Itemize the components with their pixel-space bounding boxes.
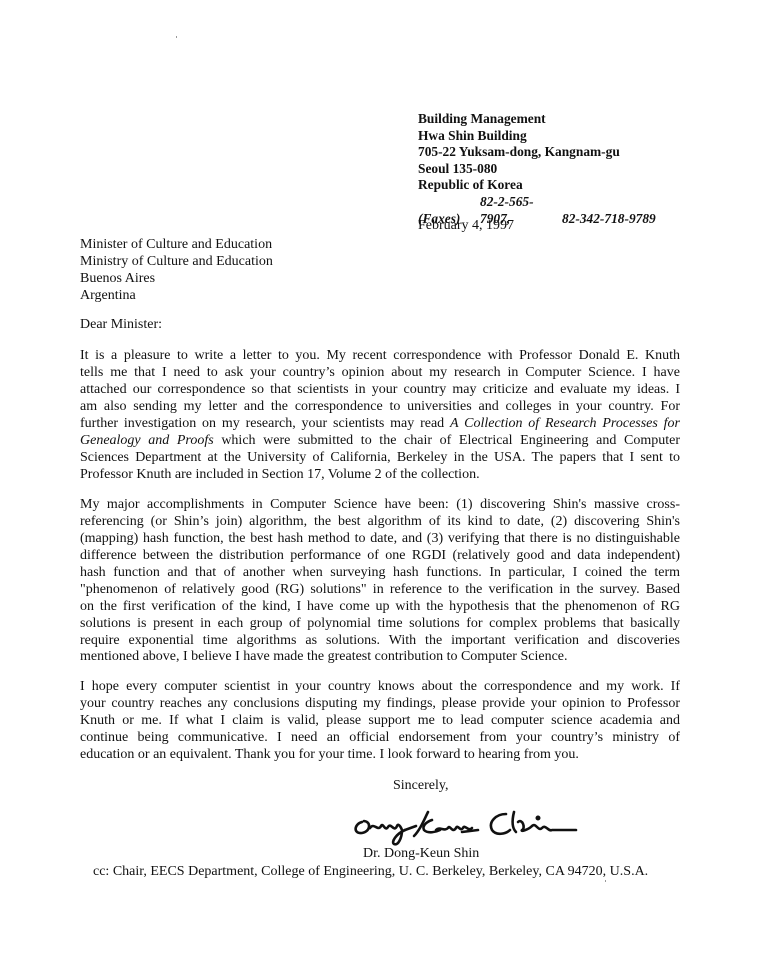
text-line: referencing (or Shin’s join) algorithm, … [80, 514, 680, 531]
text-line: further investigation on my research, yo… [80, 416, 680, 433]
book-title-part: A Collection of Research Processes for [450, 416, 680, 431]
text-line: (mapping) hash function, the best hash m… [80, 531, 680, 548]
text-line: am also sending my letter and the corres… [80, 399, 680, 416]
text-line: "phenomenon of relatively good (RG) solu… [80, 582, 680, 599]
text-line: attached our correspondence so that scie… [80, 382, 680, 399]
text-line: It is a pleasure to write a letter to yo… [80, 348, 680, 365]
text-line: difference between the distribution perf… [80, 548, 680, 565]
text-fragment: further investigation on my research, yo… [80, 416, 450, 431]
text-line: your country reaches any conclusions dis… [80, 696, 680, 713]
text-line: hash function and that of another when s… [80, 565, 680, 582]
text-line: Knuth or me. If what I claim is valid, p… [80, 713, 680, 730]
text-line: require exponential time algorithms as s… [80, 633, 680, 650]
salutation: Dear Minister: [80, 317, 162, 333]
closing: Sincerely, [393, 778, 448, 794]
recipient-line: Ministry of Culture and Education [80, 253, 273, 270]
recipient-line: Minister of Culture and Education [80, 236, 273, 253]
fax-number: 82-342-718-9789 [562, 211, 656, 228]
sender-address: Building Management Hwa Shin Building 70… [418, 111, 656, 227]
text-line: Professor Knuth are included in Section … [80, 467, 680, 484]
text-line: Sciences Department at the University of… [80, 450, 680, 467]
text-line: My major accomplishments in Computer Sci… [80, 497, 680, 514]
text-fragment: which were submitted to the chair of Ele… [214, 433, 680, 448]
sender-address-line: Hwa Shin Building [418, 128, 656, 145]
paragraph-request: I hope every computer scientist in your … [80, 679, 680, 764]
letter-page: Building Management Hwa Shin Building 70… [0, 0, 760, 977]
text-line: solutions is present in each group of po… [80, 616, 680, 633]
sender-address-line: 705-22 Yuksam-dong, Kangnam-gu [418, 144, 656, 161]
scan-speck [605, 880, 606, 882]
text-line: tells me that I need to ask your country… [80, 365, 680, 382]
sender-address-line: Seoul 135-080 [418, 161, 656, 178]
letter-date: February 4, 1997 [418, 218, 514, 234]
text-line: on the first verification of the kind, I… [80, 599, 680, 616]
book-title-part: Genealogy and Proofs [80, 433, 214, 448]
recipient-line: Buenos Aires [80, 270, 273, 287]
scan-speck [176, 36, 177, 38]
handwritten-signature-icon [350, 800, 590, 850]
text-line: continue being communicative. I need an … [80, 730, 680, 747]
paragraph-introduction: It is a pleasure to write a letter to yo… [80, 348, 680, 484]
text-line: I hope every computer scientist in your … [80, 679, 680, 696]
sender-address-line: Republic of Korea [418, 177, 656, 194]
text-line: education or an equivalent. Thank you fo… [80, 747, 680, 764]
recipient-address: Minister of Culture and Education Minist… [80, 236, 273, 304]
recipient-line: Argentina [80, 287, 273, 304]
text-line: mentioned above, I believe I have made t… [80, 649, 680, 666]
sender-address-line: Building Management [418, 111, 656, 128]
paragraph-accomplishments: My major accomplishments in Computer Sci… [80, 497, 680, 666]
text-line: Genealogy and Proofs which were submitte… [80, 433, 680, 450]
cc-line: cc: Chair, EECS Department, College of E… [93, 864, 648, 880]
signer-name: Dr. Dong-Keun Shin [363, 846, 479, 862]
